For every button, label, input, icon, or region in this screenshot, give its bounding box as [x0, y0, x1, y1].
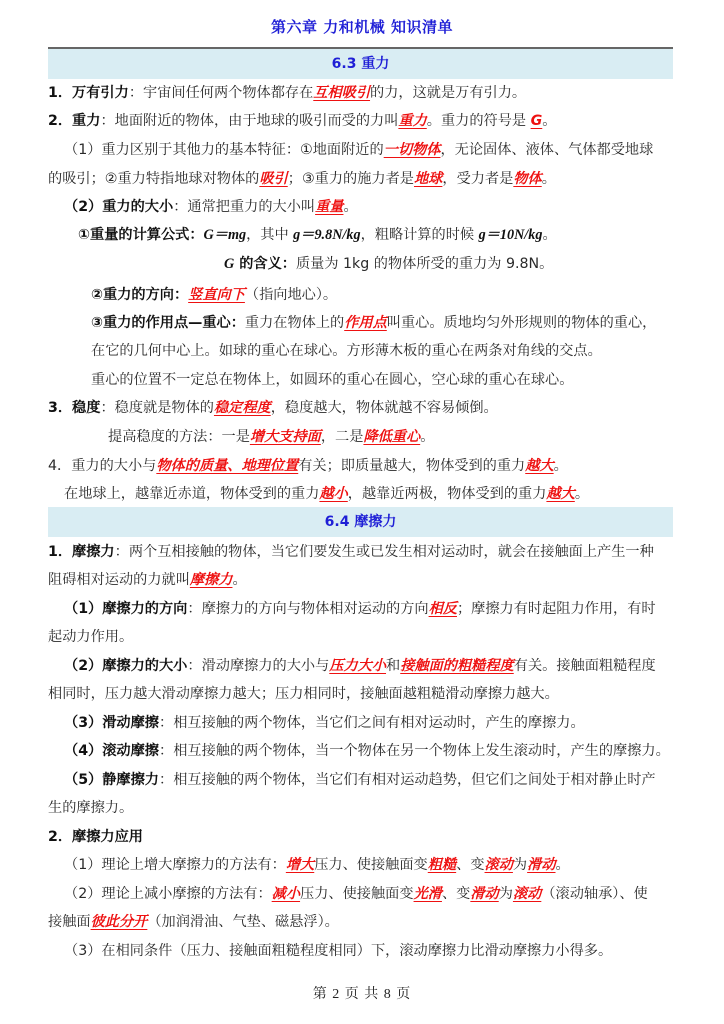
- text: （加润滑油、气垫、磁悬浮）。: [147, 914, 339, 930]
- text: 重心的位置不一定总在物体上，如圆环的重心在圆心，空心球的重心在球心。: [91, 372, 573, 388]
- paragraph-line: （1）摩擦力的方向：摩擦力的方向与物体相对运动的方向相反；摩擦力有时起阻力作用，…: [64, 599, 696, 619]
- bold-term: （4）滚动摩擦: [64, 743, 159, 759]
- page-footer: 第 2 页 共 8 页: [0, 983, 724, 1003]
- text: （滚动轴承）、使: [541, 886, 647, 902]
- paragraph-line: 起动力作用。: [48, 627, 680, 647]
- text: 相同时，压力越大滑动摩擦力越大；压力相同时，接触面越粗糙滑动摩擦力越大。: [48, 686, 559, 702]
- paragraph-line: 提高稳度的方法：一是增大支持面，二是降低重心。: [108, 427, 724, 447]
- keyword-answer: G: [531, 113, 543, 129]
- paragraph-line: （2）重力的大小：通常把重力的大小叫重量。: [64, 197, 696, 217]
- document-title: 第六章 力和机械 知识清单: [0, 16, 724, 37]
- text: （2）理论上减小摩擦的方法有：: [64, 886, 272, 902]
- bold-term: （1）摩擦力的方向: [64, 601, 187, 617]
- text: ：宇宙间任何两个物体都存在: [129, 85, 313, 101]
- keyword-answer: 互相吸引: [313, 85, 370, 101]
- paragraph-line: 在地球上，越靠近赤道，物体受到的重力越小，越靠近两极，物体受到的重力越大。: [64, 484, 696, 504]
- paragraph-line: 接触面彼此分开（加润滑油、气垫、磁悬浮）。: [48, 912, 680, 932]
- formula: G: [224, 256, 234, 272]
- paragraph-line: （3）滑动摩擦：相互接触的两个物体，当它们之间有相对运动时，产生的摩擦力。: [64, 713, 696, 733]
- text: 重力在物体上的: [245, 315, 344, 331]
- formula: g＝10N/kg: [479, 227, 543, 243]
- bold-term: ①重量的计算公式：: [78, 227, 204, 243]
- paragraph-line: 重心的位置不一定总在物体上，如圆环的重心在圆心，空心球的重心在球心。: [91, 370, 723, 390]
- keyword-answer: 增大支持面: [250, 429, 321, 445]
- paragraph-line: 生的摩擦力。: [48, 798, 680, 818]
- keyword-answer: 相反: [429, 601, 457, 617]
- paragraph-line: 的吸引；②重力特指地球对物体的吸引；③重力的施力者是地球，受力者是物体。: [48, 169, 680, 189]
- text: ，受力者是: [442, 171, 513, 187]
- text: 。: [575, 486, 589, 502]
- paragraph-line: （5）静摩擦力：相互接触的两个物体，当它们有相对运动趋势，但它们之间处于相对静止…: [64, 770, 696, 790]
- text: 。: [542, 227, 556, 243]
- text: 接触面: [48, 914, 91, 930]
- paragraph-line: 相同时，压力越大滑动摩擦力越大；压力相同时，接触面越粗糙滑动摩擦力越大。: [48, 684, 680, 704]
- paragraph-line: ②重力的方向：竖直向下（指向地心）。: [91, 285, 723, 305]
- paragraph-line: 在它的几何中心上。如球的重心在球心。方形薄木板的重心在两条对角线的交点。: [91, 341, 723, 361]
- bold-term: （5）静摩擦力: [64, 772, 159, 788]
- keyword-answer: 压力大小: [329, 658, 386, 674]
- text: 。: [556, 857, 570, 873]
- keyword-answer: 稳定程度: [214, 400, 271, 416]
- text: 。: [554, 458, 568, 474]
- text: 。: [343, 199, 357, 215]
- text: 有关。接触面粗糙程度: [514, 658, 656, 674]
- section-heading-gravity: 6.3 重力: [48, 47, 673, 79]
- paragraph-line: 2．重力：地面附近的物体，由于地球的吸引而受的力叫重力。重力的符号是 G。: [48, 111, 680, 131]
- keyword-answer: 减小: [272, 886, 300, 902]
- keyword-answer: 吸引: [259, 171, 287, 187]
- text: 有关；即质量越大，物体受到的重力: [298, 458, 525, 474]
- paragraph-line: G 的含义：质量为 1kg 的物体所受的重力为 9.8N。: [224, 254, 724, 274]
- bold-term: （3）滑动摩擦: [64, 715, 159, 731]
- bold-term: 2．重力: [48, 113, 100, 129]
- text: 叫重心。质地均匀外形规则的物体的重心，: [387, 315, 657, 331]
- text: 、变: [456, 857, 484, 873]
- text: ；③重力的施力者是: [288, 171, 414, 187]
- formula: G＝mg: [204, 227, 247, 243]
- keyword-answer: 越大: [546, 486, 574, 502]
- keyword-answer: 竖直向下: [188, 287, 245, 303]
- keyword-answer: 滑动: [470, 886, 498, 902]
- keyword-answer: 越小: [319, 486, 347, 502]
- bold-term: （2）重力的大小: [64, 199, 173, 215]
- keyword-answer: 滑动: [527, 857, 555, 873]
- text: 起动力作用。: [48, 629, 133, 645]
- bold-term: ③重力的作用点—重心：: [91, 315, 245, 331]
- keyword-answer: 作用点: [344, 315, 387, 331]
- bold-term: 1．摩擦力: [48, 544, 115, 560]
- text: ：相互接触的两个物体，当它们之间有相对运动时，产生的摩擦力。: [159, 715, 585, 731]
- text: ，其中: [246, 227, 293, 243]
- text: ：稳度就是物体的: [100, 400, 214, 416]
- paragraph-line: 3．稳度：稳度就是物体的稳定程度，稳度越大，物体就越不容易倾倒。: [48, 398, 680, 418]
- text: 4．重力的大小与: [48, 458, 156, 474]
- text: ，二是: [321, 429, 364, 445]
- keyword-answer: 降低重心: [363, 429, 420, 445]
- text: ：滑动摩擦力的大小与: [187, 658, 329, 674]
- text: （指向地心）。: [245, 287, 337, 303]
- text: ：通常把重力的大小叫: [173, 199, 315, 215]
- text: （1）理论上增大摩擦力的方法有：: [64, 857, 286, 873]
- keyword-answer: 彼此分开: [91, 914, 148, 930]
- bold-term: ②重力的方向：: [91, 287, 188, 303]
- paragraph-line: 2．摩擦力应用: [48, 827, 680, 847]
- text: ：两个互相接触的物体，当它们要发生或已发生相对运动时，就会在接触面上产生一种: [115, 544, 654, 560]
- keyword-answer: 地球: [414, 171, 442, 187]
- keyword-answer: 重量: [315, 199, 343, 215]
- paragraph-line: ①重量的计算公式：G＝mg，其中 g＝9.8N/kg，粗略计算的时候 g＝10N…: [78, 225, 710, 245]
- text: 。: [542, 171, 556, 187]
- text: 提高稳度的方法：一是: [108, 429, 250, 445]
- text: 生的摩擦力。: [48, 800, 133, 816]
- text: 质量为 1kg 的物体所受的重力为 9.8N。: [296, 256, 553, 272]
- paragraph-line: （1）重力区别于其他力的基本特征：①地面附近的一切物体，无论固体、液体、气体都受…: [64, 140, 696, 160]
- paragraph-line: （2）摩擦力的大小：滑动摩擦力的大小与压力大小和接触面的粗糙程度有关。接触面粗糙…: [64, 656, 696, 676]
- keyword-answer: 光滑: [414, 886, 442, 902]
- keyword-answer: 摩擦力: [190, 572, 233, 588]
- text: 阻碍相对运动的力就叫: [48, 572, 190, 588]
- text: （3）在相同条件（压力、接触面粗糙程度相同）下，滚动摩擦力比滑动摩擦力小得多。: [64, 943, 612, 959]
- text: ：地面附近的物体，由于地球的吸引而受的力叫: [100, 113, 398, 129]
- text: ，越靠近两极，物体受到的重力: [348, 486, 547, 502]
- keyword-answer: 物体的质量、地理位置: [156, 458, 298, 474]
- text: 、变: [442, 886, 470, 902]
- paragraph-line: （4）滚动摩擦：相互接触的两个物体，当一个物体在另一个物体上发生滚动时，产生的摩…: [64, 741, 696, 761]
- formula: g＝9.8N/kg: [293, 227, 360, 243]
- paragraph-line: 1．万有引力：宇宙间任何两个物体都存在互相吸引的力，这就是万有引力。: [48, 83, 680, 103]
- keyword-answer: 滚动: [485, 857, 513, 873]
- text: 的力，这就是万有引力。: [370, 85, 526, 101]
- keyword-answer: 滚动: [513, 886, 541, 902]
- text: 和: [386, 658, 400, 674]
- text: ：相互接触的两个物体，当它们有相对运动趋势，但它们之间处于相对静止时产: [159, 772, 656, 788]
- text: （1）重力区别于其他力的基本特征：①地面附近的: [64, 142, 384, 158]
- bold-term: 1．万有引力: [48, 85, 129, 101]
- paragraph-line: ③重力的作用点—重心：重力在物体上的作用点叫重心。质地均匀外形规则的物体的重心，: [91, 313, 723, 333]
- text: ，粗略计算的时候: [361, 227, 479, 243]
- text: 在它的几何中心上。如球的重心在球心。方形薄木板的重心在两条对角线的交点。: [91, 343, 602, 359]
- keyword-answer: 重力: [398, 113, 426, 129]
- keyword-answer: 一切物体: [384, 142, 441, 158]
- bold-term: 的含义：: [234, 256, 296, 272]
- keyword-answer: 增大: [286, 857, 314, 873]
- text: 为: [499, 886, 513, 902]
- paragraph-line: 阻碍相对运动的力就叫摩擦力。: [48, 570, 680, 590]
- text: ：相互接触的两个物体，当一个物体在另一个物体上发生滚动时，产生的摩擦力。: [159, 743, 670, 759]
- text: 为: [513, 857, 527, 873]
- paragraph-line: 1．摩擦力：两个互相接触的物体，当它们要发生或已发生相对运动时，就会在接触面上产…: [48, 542, 680, 562]
- text: 。: [232, 572, 246, 588]
- text: ：摩擦力的方向与物体相对运动的方向: [187, 601, 428, 617]
- paragraph-line: （1）理论上增大摩擦力的方法有：增大压力、使接触面变粗糙、变滚动为滑动。: [64, 855, 696, 875]
- keyword-answer: 接触面的粗糙程度: [400, 658, 514, 674]
- text: 在地球上，越靠近赤道，物体受到的重力: [64, 486, 319, 502]
- text: ，稳度越大，物体就越不容易倾倒。: [271, 400, 498, 416]
- bold-term: 3．稳度: [48, 400, 100, 416]
- keyword-answer: 粗糙: [428, 857, 456, 873]
- bold-term: （2）摩擦力的大小: [64, 658, 187, 674]
- keyword-answer: 物体: [513, 171, 541, 187]
- text: 。: [420, 429, 434, 445]
- text: 。重力的符号是: [427, 113, 531, 129]
- paragraph-line: （2）理论上减小摩擦的方法有：减小压力、使接触面变光滑、变滑动为滚动（滚动轴承）…: [64, 884, 696, 904]
- text: 压力、使接触面变: [314, 857, 428, 873]
- text: 压力、使接触面变: [300, 886, 414, 902]
- text: ，无论固体、液体、气体都受地球: [440, 142, 653, 158]
- paragraph-line: 4．重力的大小与物体的质量、地理位置有关；即质量越大，物体受到的重力越大。: [48, 456, 680, 476]
- text: ；摩擦力有时起阻力作用，有时: [457, 601, 656, 617]
- text: 。: [542, 113, 556, 129]
- keyword-answer: 越大: [525, 458, 553, 474]
- text: 的吸引；②重力特指地球对物体的: [48, 171, 259, 187]
- bold-term: 2．摩擦力应用: [48, 829, 143, 845]
- section-heading-friction: 6.4 摩擦力: [48, 507, 673, 537]
- paragraph-line: （3）在相同条件（压力、接触面粗糙程度相同）下，滚动摩擦力比滑动摩擦力小得多。: [64, 941, 696, 961]
